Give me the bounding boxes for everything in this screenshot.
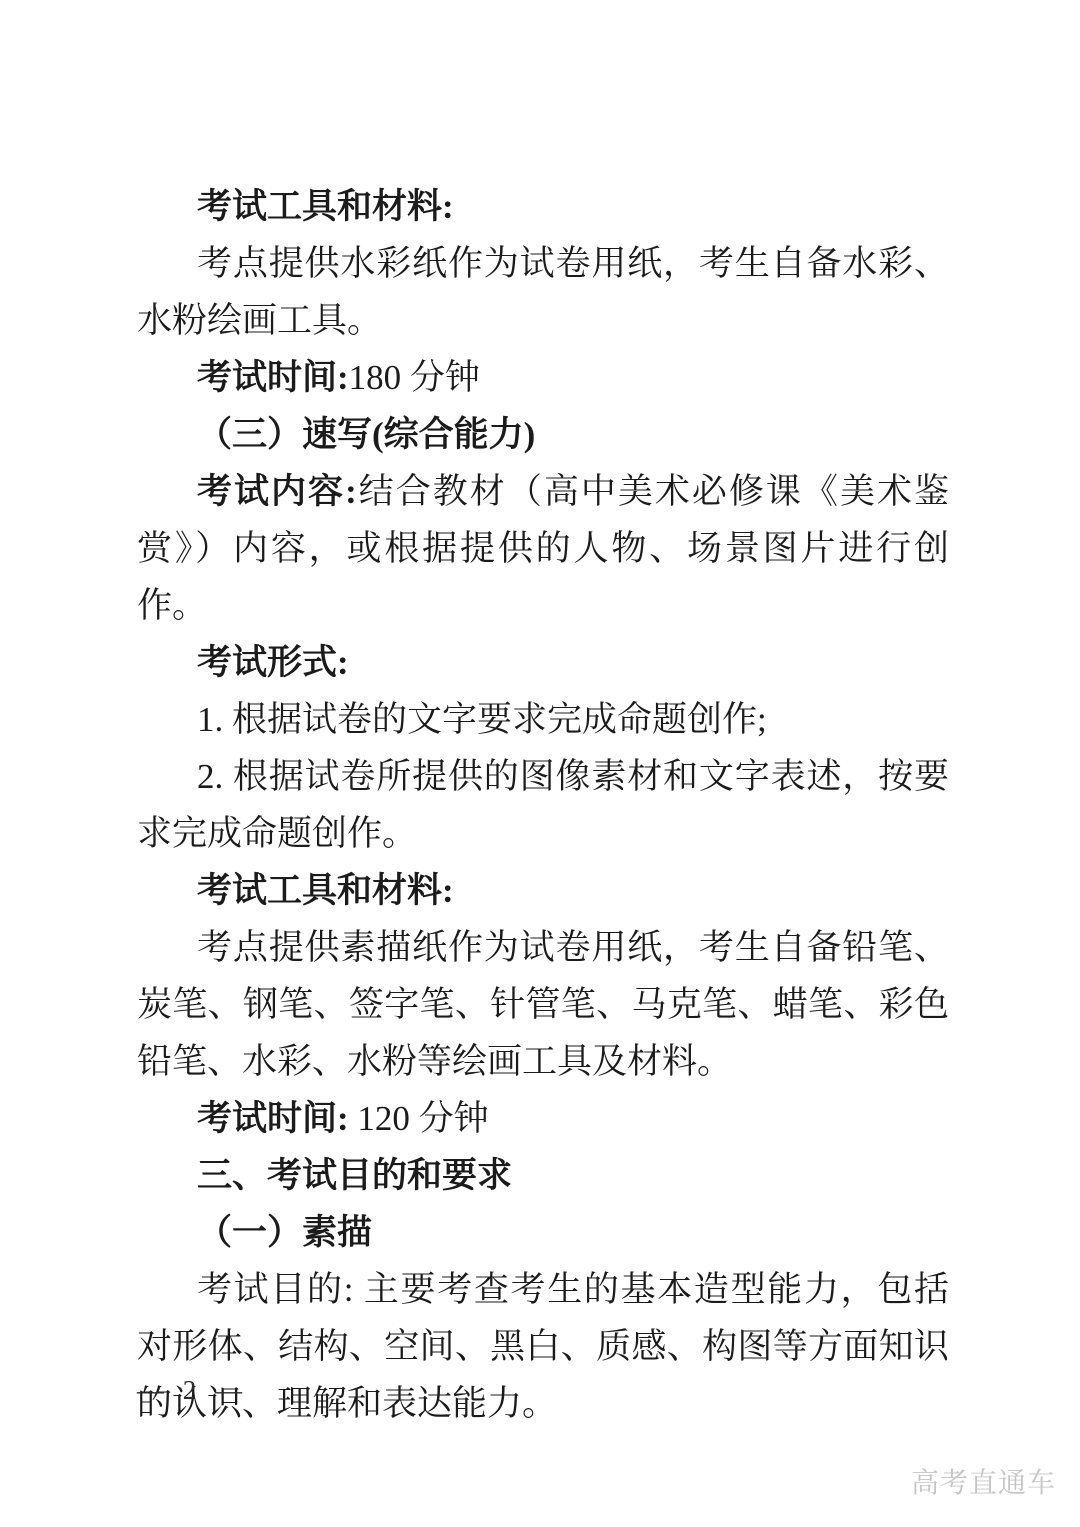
para-exam-purpose: 考试目的: 主要考查考生的基本造型能力，包括对形体、结构、空间、黑白、质感、构图… <box>137 1261 949 1432</box>
para-format-item-2: 2. 根据试卷所提供的图像素材和文字表述，按要求完成命题创作。 <box>137 748 949 862</box>
label-exam-content: 考试内容: <box>197 472 357 511</box>
heading-exam-format: 考试形式: <box>197 643 349 682</box>
watermark-text: 高考直通车 <box>911 1461 1056 1501</box>
value-exam-duration: 180 分钟 <box>349 358 480 397</box>
heading-subsection-sketch: （一）素描 <box>197 1213 372 1252</box>
para-section-3-sketch-heading: （三）速写(综合能力) <box>137 406 949 463</box>
exam-purpose-text: 考试目的: 主要考查考生的基本造型能力，包括对形体、结构、空间、黑白、质感、构图… <box>137 1270 949 1423</box>
format-item-1-text: 1. 根据试卷的文字要求完成命题创作; <box>197 700 767 739</box>
document-body: 考试工具和材料: 考点提供水彩纸作为试卷用纸，考生自备水彩、水粉绘画工具。 考试… <box>137 178 949 1432</box>
para-watercolor-paper: 考点提供水彩纸作为试卷用纸，考生自备水彩、水粉绘画工具。 <box>137 235 949 349</box>
heading-exam-tools-2: 考试工具和材料: <box>197 871 454 910</box>
para-exam-tools-heading-2: 考试工具和材料: <box>137 862 949 919</box>
para-exam-content: 考试内容:结合教材（高中美术必修课《美术鉴赏》）内容，或根据提供的人物、场景图片… <box>137 463 949 634</box>
page-number: — 2 — <box>137 1375 248 1406</box>
para-exam-duration-180: 考试时间:180 分钟 <box>137 349 949 406</box>
document-page: 考试工具和材料: 考点提供水彩纸作为试卷用纸，考生自备水彩、水粉绘画工具。 考试… <box>0 0 1080 1527</box>
para-exam-tools-heading: 考试工具和材料: <box>137 178 949 235</box>
para-exam-duration-120: 考试时间: 120 分钟 <box>137 1090 949 1147</box>
label-exam-duration: 考试时间: <box>197 358 349 397</box>
heading-section-3-sketch: （三）速写(综合能力) <box>197 415 535 454</box>
para-section-purpose-heading: 三、考试目的和要求 <box>137 1147 949 1204</box>
para-exam-format-heading: 考试形式: <box>137 634 949 691</box>
format-item-2-text: 2. 根据试卷所提供的图像素材和文字表述，按要求完成命题创作。 <box>137 757 949 853</box>
value-exam-duration-2: 120 分钟 <box>349 1099 489 1138</box>
para-text: 考点提供素描纸作为试卷用纸，考生自备铅笔、炭笔、钢笔、签字笔、针管笔、马克笔、蜡… <box>137 928 949 1081</box>
para-format-item-1: 1. 根据试卷的文字要求完成命题创作; <box>137 691 949 748</box>
para-subsection-sketch-heading: （一）素描 <box>137 1204 949 1261</box>
heading-section-purpose: 三、考试目的和要求 <box>197 1156 512 1195</box>
label-exam-duration-2: 考试时间: <box>197 1099 349 1138</box>
para-sketch-paper: 考点提供素描纸作为试卷用纸，考生自备铅笔、炭笔、钢笔、签字笔、针管笔、马克笔、蜡… <box>137 919 949 1090</box>
para-text: 考点提供水彩纸作为试卷用纸，考生自备水彩、水粉绘画工具。 <box>137 244 949 340</box>
heading-exam-tools: 考试工具和材料: <box>197 187 454 226</box>
